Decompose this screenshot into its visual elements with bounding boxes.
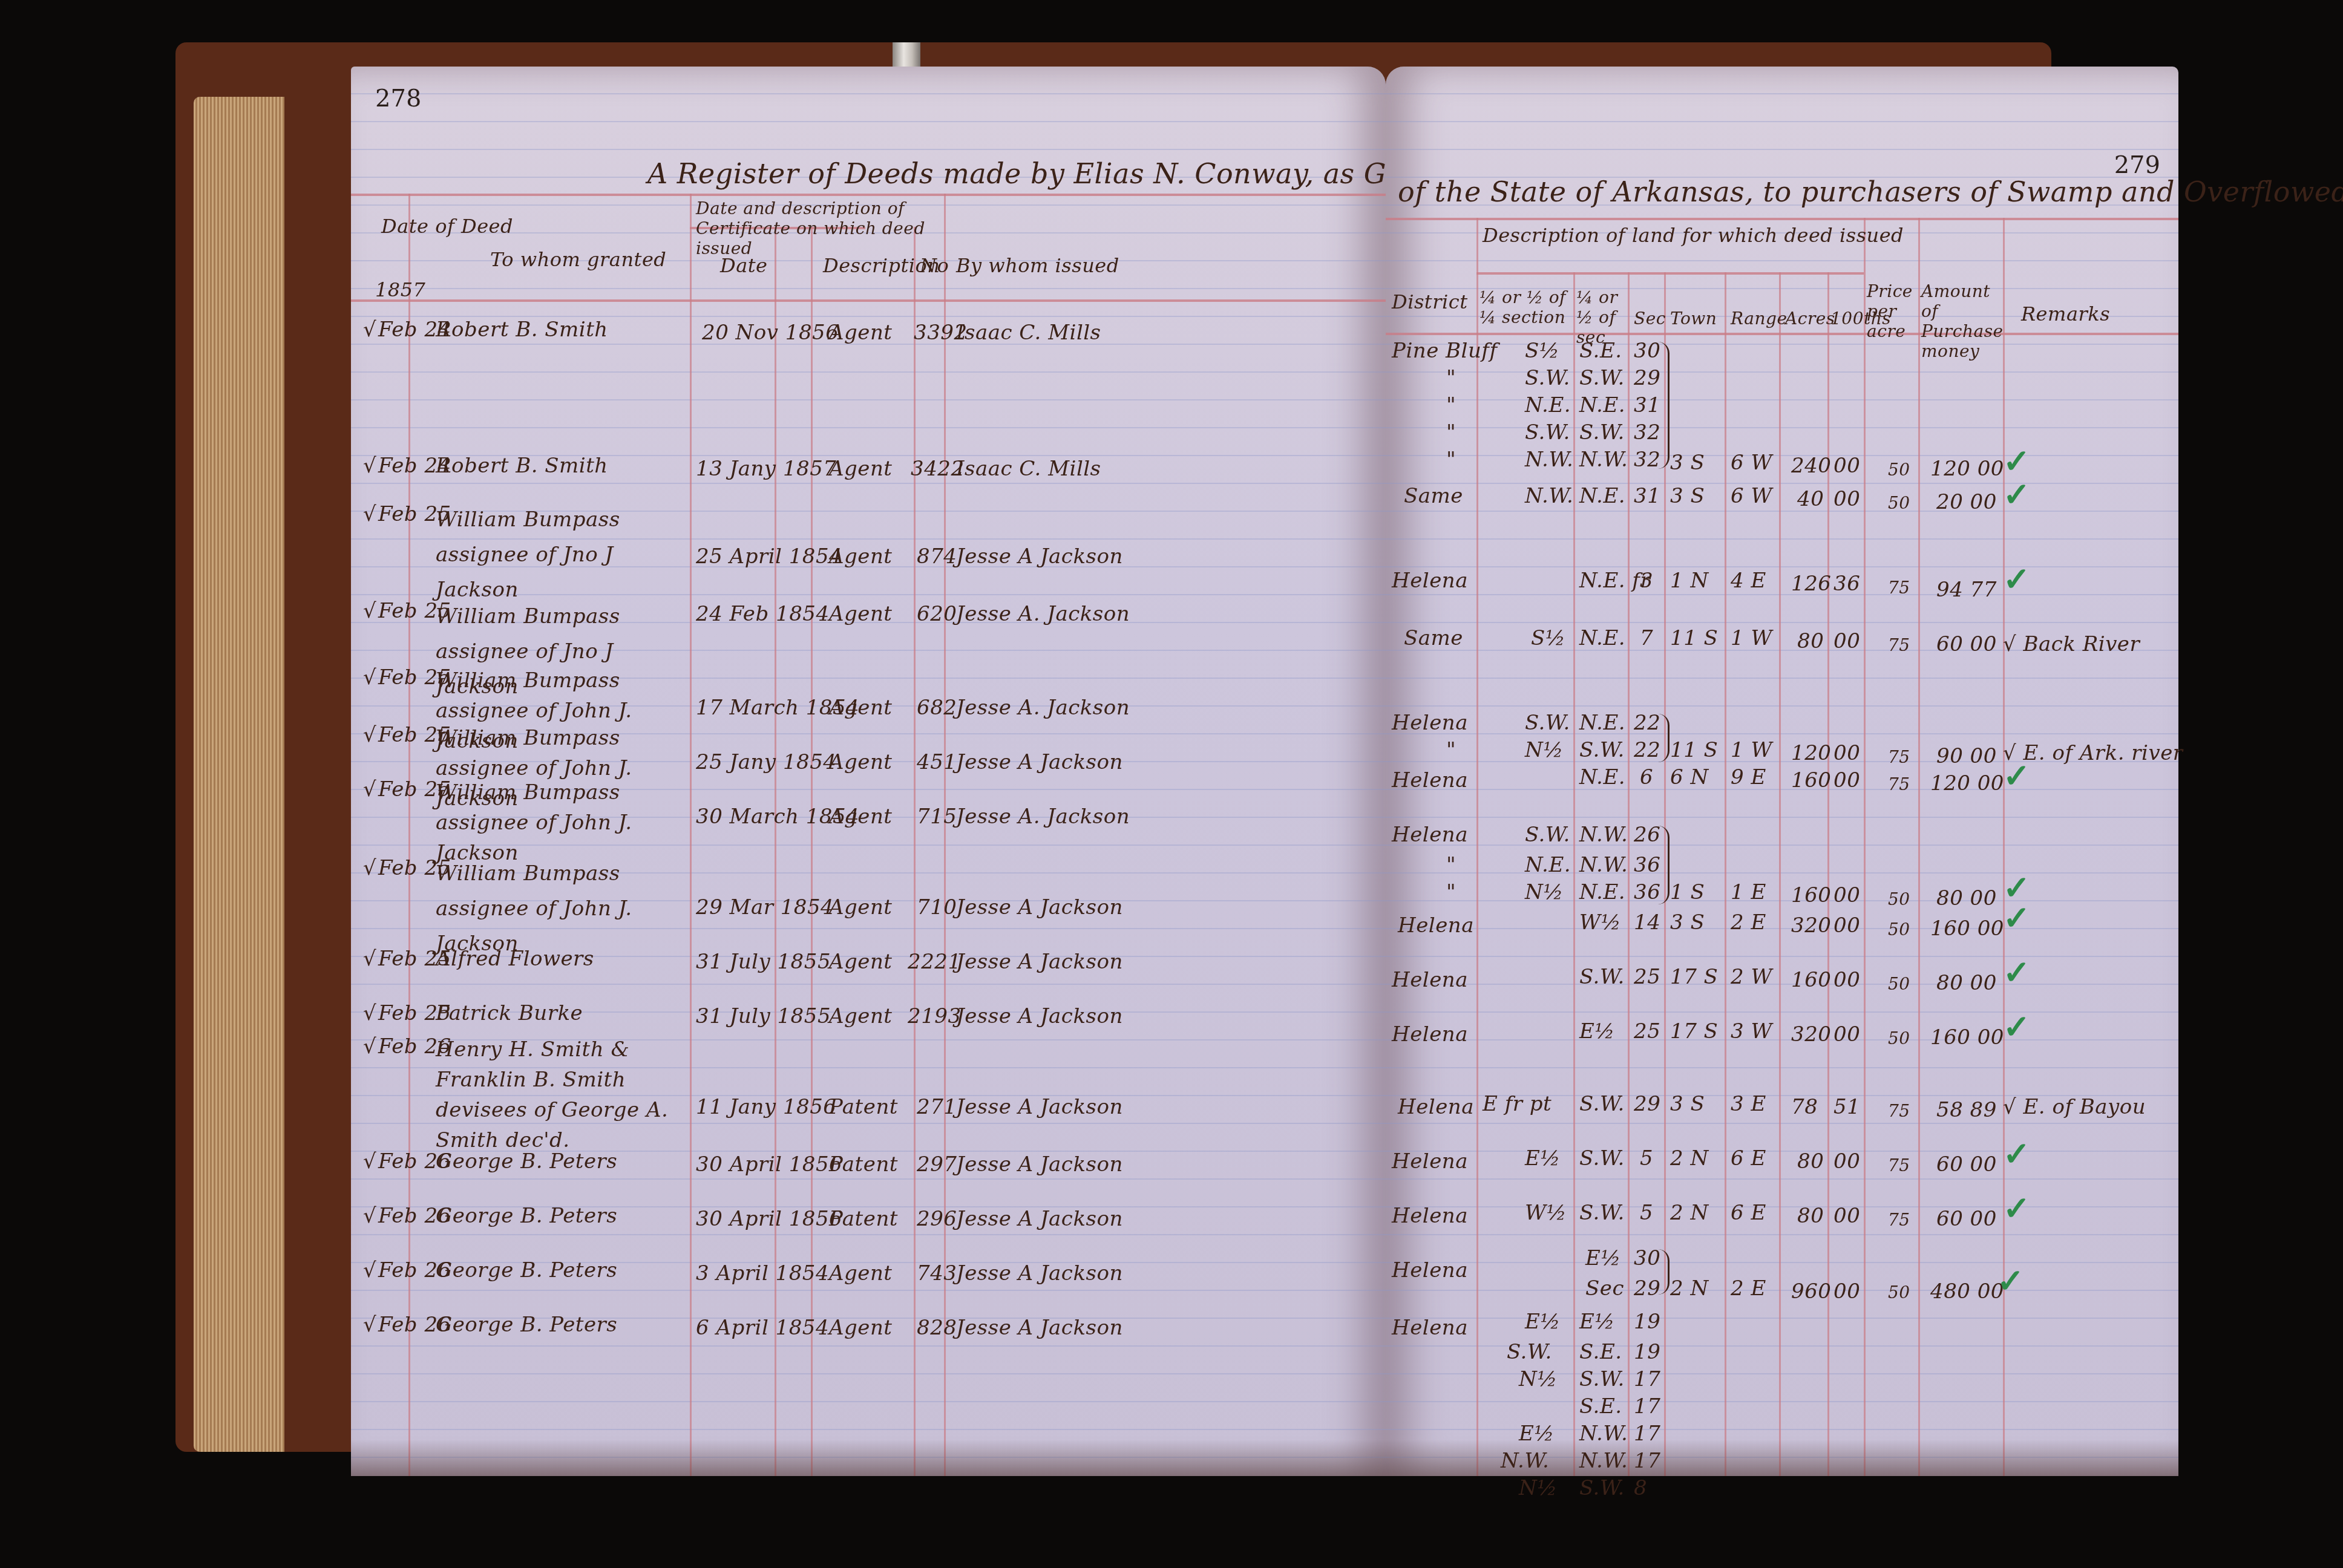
check-icon: ✓ [2003,560,2030,598]
header-quarter-section: ¼ or ½ of ¼ section [1480,287,1570,327]
header-certificate-group: Date and description of Certificate on w… [696,198,926,258]
header-acres: Acres [1785,309,1835,328]
check-icon: ✓ [2003,1007,2030,1046]
header-cert-date: Date [720,254,768,277]
check-icon: ✓ [2003,475,2030,514]
header-land-group: Description of land for which deed issue… [1483,224,1904,247]
check-icon: ✓ [2003,953,2030,991]
page-title-left: A Register of Deeds made by Elias N. Con… [647,157,1499,190]
page-number-left: 278 [375,85,421,113]
open-ledger-book: 278 A Register of Deeds made by Elias N.… [175,42,2051,1452]
header-date-of-deed: Date of Deed [381,215,513,238]
header-year: 1857 [375,278,425,301]
header-amount: Amount of Purchase money [1921,281,2000,361]
header-cert-no: No [920,254,949,277]
header-price-per-acre: Price per acre [1867,281,1915,341]
header-range: Range [1731,309,1787,328]
check-icon: ✓ [2003,898,2030,937]
header-district: District [1392,290,1467,313]
check-icon: ✓ [2003,1189,2030,1227]
page-title-right: of the State of Arkansas, to purchasers … [1398,175,2343,208]
left-page: 278 A Register of Deeds made by Elias N.… [351,67,1386,1476]
page-edges [194,97,284,1452]
remarks-text: √ E. of Bayou [2003,1095,2146,1119]
check-icon: ✓ [2003,1134,2030,1173]
header-town: Town [1670,309,1717,328]
header-by-whom-issued: By whom issued [956,254,1119,277]
header-to-whom-granted: To whom granted [490,248,666,271]
remarks-text: √ Back River [2003,632,2140,656]
right-page: 279 of the State of Arkansas, to purchas… [1386,67,2178,1476]
header-sec: Sec [1634,309,1666,328]
check-icon: ✓ [1997,1261,2024,1300]
check-icon: ✓ [2003,756,2030,795]
header-remarks: Remarks [2021,302,2110,325]
